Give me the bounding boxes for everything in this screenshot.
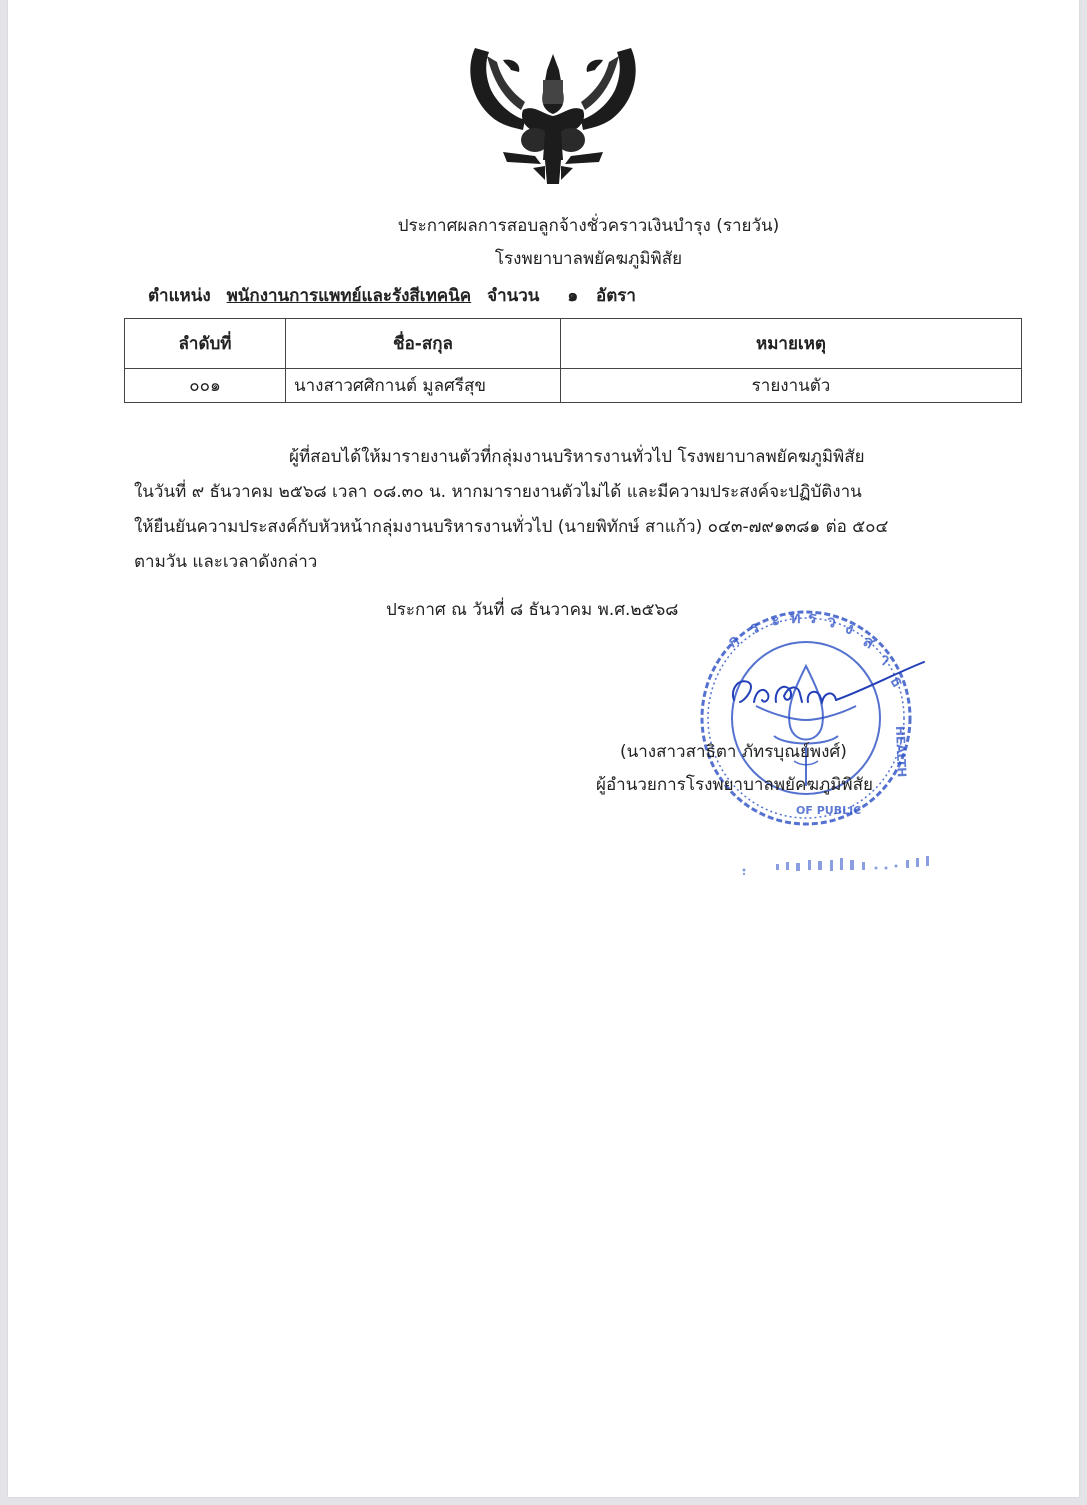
position-value: พนักงานการแพทย์และรังสีเทคนิค [227, 286, 472, 306]
signature [724, 660, 934, 720]
instructions-paragraph: ผู้ที่สอบได้ให้มารายงานตัวที่กลุ่มงานบริ… [134, 440, 974, 580]
svg-text:ร: ร [808, 608, 817, 627]
svg-text:OF PUBLIC: OF PUBLIC [796, 804, 861, 817]
announce-date: ประกาศ ณ วันที่ ๘ ธันวาคม พ.ศ.๒๕๖๘ [386, 596, 678, 623]
svg-text:ท: ท [790, 608, 801, 627]
svg-text:ว: ว [825, 611, 837, 631]
garuda-emblem-icon [463, 40, 643, 190]
announcement-title: ประกาศผลการสอบลูกจ้างชั่วคราวเงินบำรุง (… [53, 215, 1087, 237]
paragraph-line: ตามวัน และเวลาดังกล่าว [134, 545, 974, 580]
signer-title: ผู้อำนวยการโรงพยาบาลพยัคฆภูมิพิสัย [596, 771, 873, 798]
svg-text:HEALTH: HEALTH [893, 726, 909, 778]
position-line: ตำแหน่ง พนักงานการแพทย์และรังสีเทคนิค จำ… [148, 282, 646, 309]
svg-text:ส: ส [860, 631, 879, 652]
paragraph-line: ผู้ที่สอบได้ให้มารายงานตัวที่กลุ่มงานบริ… [134, 440, 974, 475]
hospital-name: โรงพยาบาลพยัคฆภูมิพิสัย [53, 248, 1087, 270]
header-note: หมายเหตุ [561, 319, 1022, 369]
header-order: ลำดับที่ [125, 319, 286, 369]
svg-text:ะ: ะ [770, 610, 781, 630]
results-table: ลำดับที่ ชื่อ-สกุล หมายเหตุ ๐๐๑ นางสาวศศ… [124, 318, 1022, 403]
svg-text:ร: ร [747, 617, 761, 638]
svg-text:ก: ก [725, 630, 743, 651]
cell-order: ๐๐๑ [125, 369, 286, 403]
count-unit: อัตรา [596, 286, 636, 306]
paragraph-line: ให้ยืนยันความประสงค์กับหัวหน้ากลุ่มงานบร… [134, 510, 974, 545]
document-page: ประกาศผลการสอบลูกจ้างชั่วคราวเงินบำรุง (… [8, 0, 1079, 1497]
cell-name: นางสาวศศิกานต์ มูลศรีสุข [286, 369, 561, 403]
official-seal-icon: ก ร ะ ท ร ว ง ส า ธ HEALTH OF PUBLIC [686, 596, 926, 846]
table-header-row: ลำดับที่ ชื่อ-สกุล หมายเหตุ [125, 319, 1022, 369]
table-row: ๐๐๑ นางสาวศศิกานต์ มูลศรีสุข รายงานตัว [125, 369, 1022, 403]
faint-stamp-icon [736, 848, 946, 878]
svg-text:ง: ง [843, 618, 857, 639]
position-label: ตำแหน่ง [148, 286, 211, 306]
cell-note: รายงานตัว [561, 369, 1022, 403]
count-value: ๑ [567, 286, 578, 306]
signer-name: (นางสาวสาธิตา ภัทรบุณย์พงศ์) [620, 738, 847, 765]
header-name: ชื่อ-สกุล [286, 319, 561, 369]
paragraph-line: ในวันที่ ๙ ธันวาคม ๒๕๖๘ เวลา ๐๘.๓๐ น. หา… [134, 475, 974, 510]
count-label: จำนวน [487, 286, 539, 306]
